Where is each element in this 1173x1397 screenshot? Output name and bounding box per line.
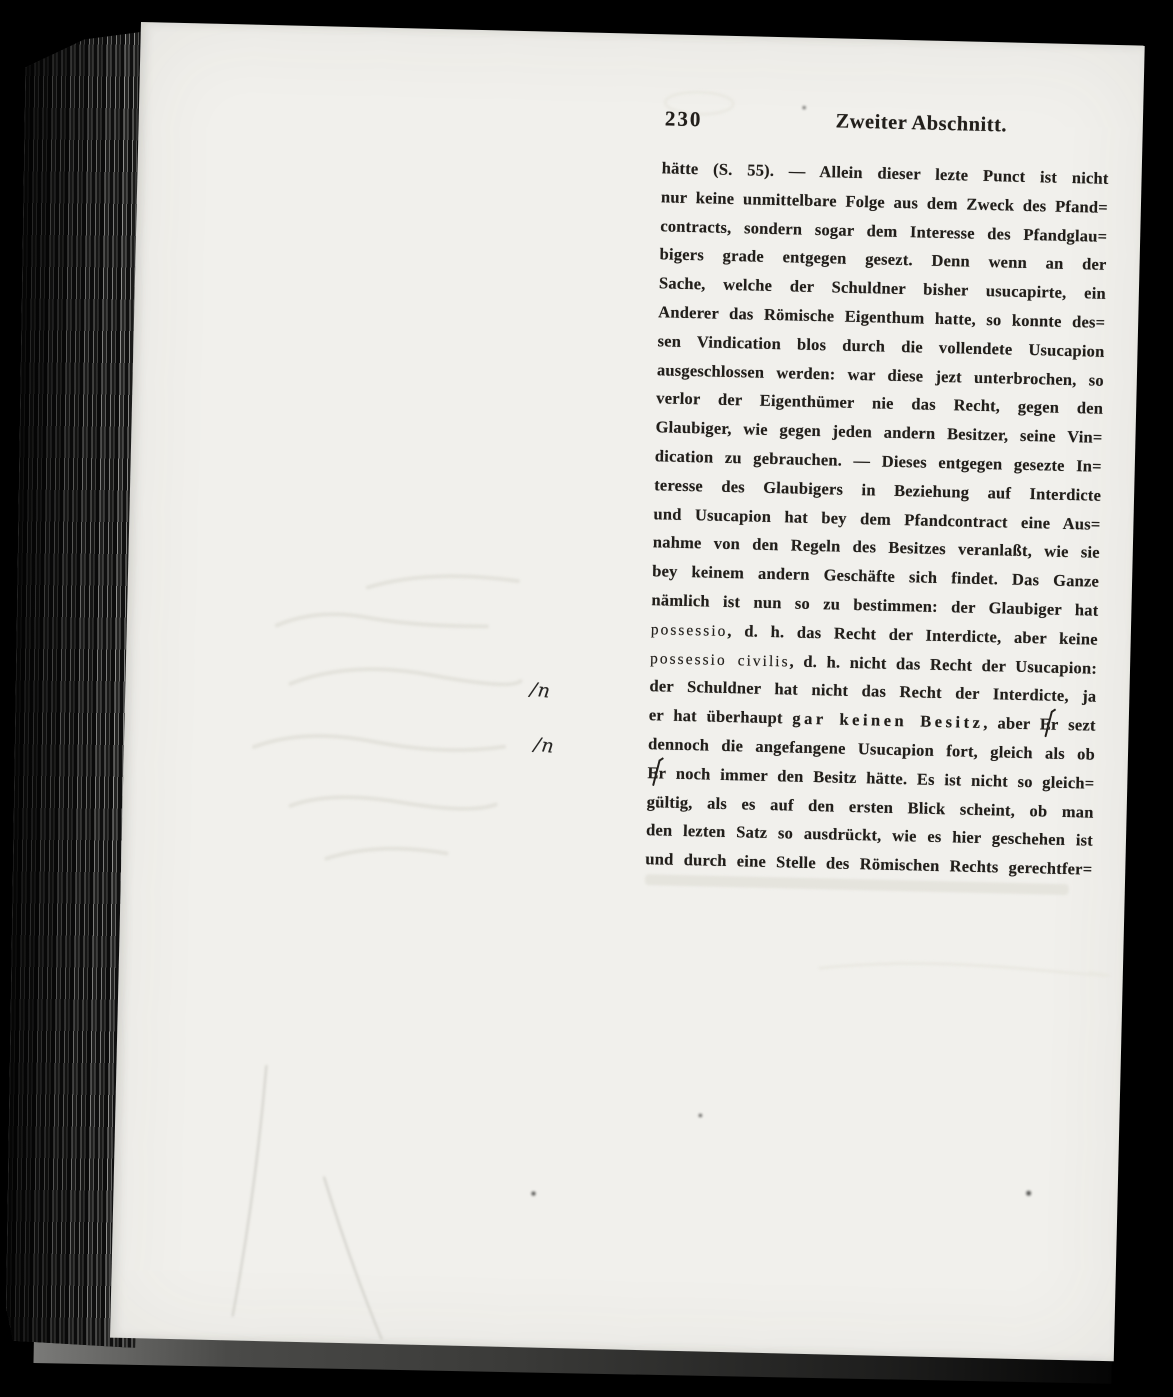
text-segment: und Usucapion hat bey dem Pfandcontract …	[653, 504, 1100, 534]
text-segment: nämlich ist nun so zu bestimmen: der Gla…	[651, 590, 1098, 620]
text-segment: er hat überhaupt	[649, 705, 793, 727]
text-segment: und durch eine Stelle des Römischen Rech…	[645, 849, 1092, 879]
text-segment: der Schuldner hat nicht das Recht der In…	[649, 677, 1096, 707]
handwritten-margin-mark: /n	[533, 733, 556, 757]
handwritten-margin-mark: /n	[529, 678, 552, 702]
latin-term: possessio	[651, 621, 728, 640]
text-segment: sezt	[1058, 715, 1096, 735]
text-segment: contracts, sondern sogar dem Interesse d…	[660, 216, 1107, 246]
text-segment: nahme von den Regeln des Besitzes veranl…	[653, 533, 1100, 563]
text-segment: bey keinem andern Geschäfte sich findet.…	[652, 561, 1099, 591]
text-segment: verlor der Eigenthümer nie das Recht, ge…	[656, 389, 1103, 419]
text-segment: dication zu gebrauchen. — Dieses entgege…	[655, 446, 1102, 476]
text-segment: bigers grade entgegen gesezt. Denn wenn …	[659, 245, 1106, 275]
text-segment: teresse des Glaubigers in Beziehung auf …	[654, 475, 1101, 505]
text-segment: Anderer das Römische Eigenthum hatte, so…	[658, 302, 1105, 332]
page-number: 230	[665, 106, 703, 132]
book-scan-photo: 230 Zweiter Abschnitt. hätte (S. 55). — …	[0, 0, 1173, 1397]
emphasized-spaced-text: gar keinen Besitz	[792, 709, 983, 732]
text-segment: sen Vindication blos durch die vollendet…	[657, 331, 1104, 361]
text-segment: , d. h. das Recht der Interdicte, aber k…	[727, 621, 1098, 649]
text-segment: Glaubiger, wie gegen jeden andern Besitz…	[655, 417, 1102, 447]
text-segment: , aber	[983, 713, 1040, 733]
text-segment: den lezten Satz so ausdrückt, wie es hie…	[646, 820, 1093, 850]
text-column: 230 Zweiter Abschnitt. hätte (S. 55). — …	[645, 106, 1110, 884]
text-segment: , d. h. nicht das Recht der Usucapion:	[789, 651, 1097, 677]
book-page: 230 Zweiter Abschnitt. hätte (S. 55). — …	[110, 22, 1145, 1361]
text-segment: ausgeschlossen werden: war diese jezt un…	[657, 360, 1104, 390]
text-segment: gültig, als es auf den ersten Blick sche…	[647, 792, 1094, 822]
text-segment: nur keine unmittelbare Folge aus dem Zwe…	[661, 187, 1108, 217]
text-segment: Sache, welche der Schuldner bisher usuca…	[659, 273, 1106, 303]
latin-term: possessio civilis	[650, 650, 790, 670]
text-segment: dennoch die angefangene Usucapion fort, …	[648, 734, 1095, 764]
text-segment: noch immer den Besitz hätte. Es ist nich…	[666, 763, 1095, 792]
text-segment: hätte (S. 55). — Allein dieser lezte Pun…	[661, 158, 1108, 188]
body-text: hätte (S. 55). — Allein dieser lezte Pun…	[645, 154, 1109, 884]
handwritten-strikethrough-word: Er	[1040, 715, 1059, 734]
handwritten-strikethrough-word: Er	[647, 763, 666, 782]
